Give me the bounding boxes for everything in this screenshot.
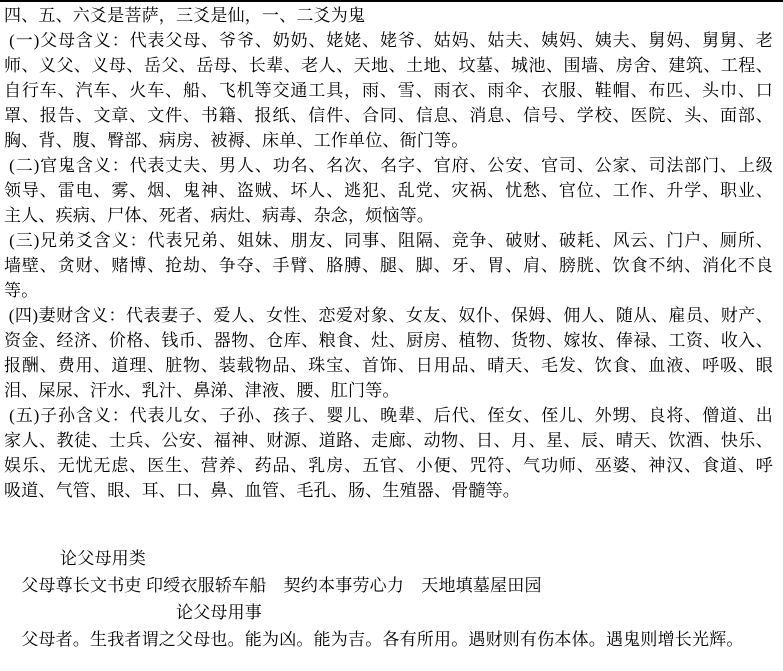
top-rule bbox=[0, 0, 783, 2]
xiongdi-meaning-paragraph-line: 墙壁、贪财、赌博、抢劫、争夺、手臂、胳膊、腿、脚、牙、胃、肩、膀胱、饮食不纳、消… bbox=[4, 253, 773, 278]
fumu-yongshi-text-line: 父母者。生我者谓之父母也。能为凶。能为吉。各有所用。遇财则有伤本体。遇鬼则增长光… bbox=[4, 626, 773, 653]
fumu-yongshi-heading-line: 论父母用事 bbox=[4, 599, 773, 626]
document-body: 四、五、六爻是菩萨，三爻是仙，一、二爻为鬼 (一)父母含义：代表父母、爷爷、奶奶… bbox=[4, 3, 773, 653]
zisun-meaning-paragraph-line: 吸道、气管、眼、耳、口、鼻、血管、毛孔、肠、生殖器、骨髓等。 bbox=[4, 478, 773, 503]
zisun-meaning-paragraph: (五)子孙含义：代表儿女、子孙、孩子、婴儿、晚辈、后代、侄女、侄儿、外甥、良将、… bbox=[4, 403, 773, 503]
intro-line-line: 四、五、六爻是菩萨，三爻是仙，一、二爻为鬼 bbox=[4, 3, 773, 28]
guangui-meaning-paragraph-line: 主人、疾病、尸体、死者、病灶、病毒、杂念，烦恼等。 bbox=[4, 203, 773, 228]
qicai-meaning-paragraph: (四)妻财含义：代表妻子、爱人、女性、恋爱对象、女友、奴仆、保姆、佣人、随从、雇… bbox=[4, 303, 773, 403]
zisun-meaning-paragraph-line: 家人、教徒、士兵、公安、福神、财源、道路、走廊、动物、日、月、星、辰、晴天、饮酒… bbox=[4, 428, 773, 453]
qicai-meaning-paragraph-line: 资金、经济、价格、钱币、器物、仓库、粮食、灶、厨房、植物、货物、嫁妆、俸禄、工资… bbox=[4, 328, 773, 353]
qicai-meaning-paragraph-line: 报酬、费用、道理、脏物、装载物品、珠宝、首饰、日用品、晴天、毛发、饮食、血液、呼… bbox=[4, 353, 773, 378]
fumu-yonglei-heading-line: 论父母用类 bbox=[4, 545, 773, 572]
qicai-meaning-paragraph-line: 泪、屎尿、汗水、乳汁、鼻涕、津液、腰、肛门等。 bbox=[4, 378, 773, 403]
fumu-yonglei-heading: 论父母用类 bbox=[4, 545, 773, 572]
zisun-meaning-paragraph-line: (五)子孙含义：代表儿女、子孙、孩子、婴儿、晚辈、后代、侄女、侄儿、外甥、良将、… bbox=[4, 403, 773, 428]
qicai-meaning-paragraph-line: (四)妻财含义：代表妻子、爱人、女性、恋爱对象、女友、奴仆、保姆、佣人、随从、雇… bbox=[4, 303, 773, 328]
fumu-yongshi-text: 父母者。生我者谓之父母也。能为凶。能为吉。各有所用。遇财则有伤本体。遇鬼则增长光… bbox=[4, 626, 773, 653]
fumu-yonglei-verse-line: 父母尊长文书吏 印绶衣服轿车船 契约本事劳心力 天地填墓屋田园 bbox=[4, 572, 773, 599]
zisun-meaning-paragraph-line: 娱乐、无忧无虑、医生、营养、药品、乳房、五官、小便、咒符、气功师、巫婆、神汉、食… bbox=[4, 453, 773, 478]
section-spacer bbox=[4, 503, 773, 545]
intro-line: 四、五、六爻是菩萨，三爻是仙，一、二爻为鬼 bbox=[4, 3, 773, 28]
fumu-meaning-paragraph-line: 自行车、汽车、火车、船、飞机等交通工具，雨、雪、雨衣、雨伞、衣服、鞋帽、布匹、头… bbox=[4, 78, 773, 103]
xiongdi-meaning-paragraph-line: 等。 bbox=[4, 278, 773, 303]
guangui-meaning-paragraph: (二)官鬼含义：代表丈夫、男人、功名、名次、名字、官府、公安、官司、公家、司法部… bbox=[4, 153, 773, 228]
fumu-meaning-paragraph-line: 胸、背、腹、臀部、病房、被褥、床单、工作单位、衙门等。 bbox=[4, 128, 773, 153]
fumu-meaning-paragraph-line: (一)父母含义：代表父母、爷爷、奶奶、姥姥、姥爷、姑妈、姑夫、姨妈、姨夫、舅妈、… bbox=[4, 28, 773, 53]
xiongdi-meaning-paragraph: (三)兄弟爻含义：代表兄弟、姐妹、朋友、同事、阻隔、竞争、破财、破耗、风云、门户… bbox=[4, 228, 773, 303]
fumu-yonglei-verse: 父母尊长文书吏 印绶衣服轿车船 契约本事劳心力 天地填墓屋田园 bbox=[4, 572, 773, 599]
xiongdi-meaning-paragraph-line: (三)兄弟爻含义：代表兄弟、姐妹、朋友、同事、阻隔、竞争、破财、破耗、风云、门户… bbox=[4, 228, 773, 253]
document-page: 四、五、六爻是菩萨，三爻是仙，一、二爻为鬼 (一)父母含义：代表父母、爷爷、奶奶… bbox=[0, 0, 783, 671]
fumu-yongshi-heading: 论父母用事 bbox=[4, 599, 773, 626]
fumu-meaning-paragraph-line: 罩、报告、文章、文件、书籍、报纸、信件、合同、信息、消息、信号、学校、医院、头、… bbox=[4, 103, 773, 128]
fumu-meaning-paragraph: (一)父母含义：代表父母、爷爷、奶奶、姥姥、姥爷、姑妈、姑夫、姨妈、姨夫、舅妈、… bbox=[4, 28, 773, 153]
fumu-meaning-paragraph-line: 师、义父、义母、岳父、岳母、长辈、老人、天地、土地、坟墓、城池、围墙、房舍、建筑… bbox=[4, 53, 773, 78]
guangui-meaning-paragraph-line: (二)官鬼含义：代表丈夫、男人、功名、名次、名字、官府、公安、官司、公家、司法部… bbox=[4, 153, 773, 178]
guangui-meaning-paragraph-line: 领导、雷电、雾、烟、鬼神、盗贼、坏人、逃犯、乱党、灾祸、忧愁、官位、工作、升学、… bbox=[4, 178, 773, 203]
